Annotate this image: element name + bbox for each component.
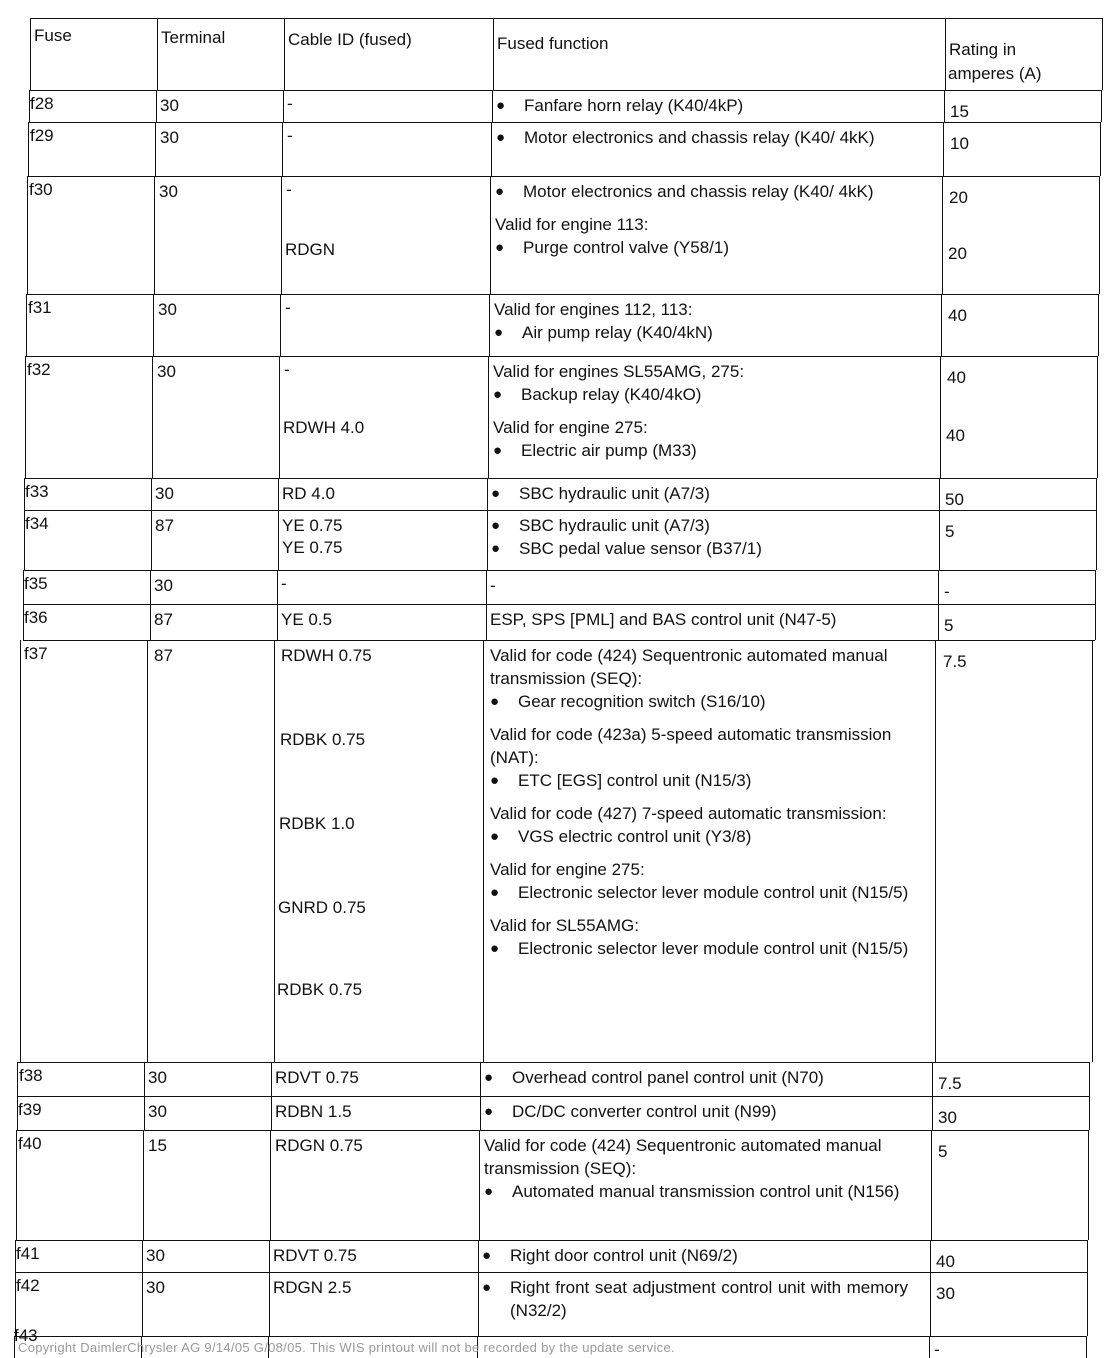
column-divider bbox=[279, 356, 280, 478]
column-divider bbox=[941, 294, 942, 356]
bullet-icon: ● bbox=[490, 769, 518, 792]
function-block: ●Overhead control panel control unit (N7… bbox=[484, 1066, 910, 1089]
function-bullet-item: ●VGS electric control unit (Y3/8) bbox=[490, 825, 916, 848]
column-divider bbox=[940, 356, 941, 478]
function-bullet-item: ●ETC [EGS] control unit (N15/3) bbox=[490, 769, 916, 792]
cable-id-cell: RDBK 1.0 bbox=[279, 812, 355, 835]
rating-cell: 5 bbox=[945, 520, 954, 543]
column-divider bbox=[142, 1272, 143, 1336]
column-divider bbox=[277, 604, 278, 640]
function-block: ●Fanfare horn relay (K40/4kP) bbox=[496, 94, 922, 117]
fused-function-cell: Valid for code (424) Sequentronic automa… bbox=[484, 1134, 910, 1203]
fused-function-cell: Valid for engines 112, 113:●Air pump rel… bbox=[494, 298, 920, 344]
column-divider bbox=[487, 478, 488, 510]
rating-cell: 40 bbox=[948, 304, 967, 327]
function-description: Electronic selector lever module control… bbox=[518, 881, 908, 904]
column-divider bbox=[479, 1130, 480, 1240]
terminal-cell: 30 bbox=[160, 126, 179, 149]
column-divider bbox=[144, 1096, 145, 1130]
column-divider bbox=[1097, 356, 1098, 478]
fuse-cell: f42 bbox=[16, 1274, 40, 1297]
function-block: Valid for engine 275:●Electric air pump … bbox=[493, 416, 919, 462]
function-description: Purge control valve (Y58/1) bbox=[523, 236, 729, 259]
function-block: Valid for code (427) 7-speed automatic t… bbox=[490, 802, 916, 848]
function-bullet-item: ●Electric air pump (M33) bbox=[493, 439, 919, 462]
column-divider bbox=[20, 640, 21, 1062]
column-divider bbox=[488, 356, 489, 478]
terminal-cell: 15 bbox=[148, 1134, 167, 1157]
function-block: Valid for engines SL55AMG, 275:●Backup r… bbox=[493, 360, 919, 406]
bullet-icon: ● bbox=[491, 537, 519, 560]
column-divider bbox=[932, 1096, 933, 1130]
row-divider bbox=[18, 1062, 1090, 1063]
cable-id-cell: RDWH 4.0 bbox=[283, 416, 364, 439]
column-divider bbox=[1096, 510, 1097, 570]
function-block: ●SBC hydraulic unit (A7/3) bbox=[491, 482, 917, 505]
copyright-footer: Copyright DaimlerChrysler AG 9/14/05 G/0… bbox=[18, 1340, 675, 1355]
fused-function-cell: ●Right door control unit (N69/2) bbox=[482, 1244, 908, 1267]
terminal-cell: 30 bbox=[155, 482, 174, 505]
fuse-cell: f38 bbox=[19, 1064, 43, 1087]
terminal-cell: 87 bbox=[154, 608, 173, 631]
column-divider bbox=[152, 356, 153, 478]
function-bullet-item: ●DC/DC converter control unit (N99) bbox=[484, 1100, 910, 1123]
rating-cell: 20 bbox=[949, 186, 968, 209]
column-divider bbox=[1088, 1130, 1089, 1240]
column-divider bbox=[151, 510, 152, 570]
function-description: SBC pedal value sensor (B37/1) bbox=[519, 537, 762, 560]
column-divider bbox=[1098, 294, 1099, 356]
cable-id-cell: RDVT 0.75 bbox=[273, 1244, 357, 1267]
column-divider bbox=[935, 640, 936, 1062]
column-divider bbox=[478, 1240, 479, 1272]
terminal-cell: 87 bbox=[154, 644, 173, 667]
fused-function-cell: ●SBC hydraulic unit (A7/3)●SBC pedal val… bbox=[491, 514, 917, 560]
function-description: Backup relay (K40/4kO) bbox=[521, 383, 701, 406]
column-divider bbox=[487, 510, 488, 570]
function-block: Valid for code (424) Sequentronic automa… bbox=[490, 644, 916, 713]
row-divider bbox=[15, 1272, 1087, 1273]
fuse-cell: f30 bbox=[29, 178, 53, 201]
column-divider bbox=[278, 478, 279, 510]
bullet-icon: ● bbox=[493, 439, 521, 462]
fuse-cell: f37 bbox=[24, 642, 48, 665]
column-divider bbox=[939, 478, 940, 510]
function-text: ESP, SPS [PML] and BAS control unit (N47… bbox=[490, 608, 916, 631]
column-divider bbox=[1095, 604, 1096, 640]
terminal-cell: 87 bbox=[155, 514, 174, 537]
column-divider bbox=[271, 1096, 272, 1130]
column-divider bbox=[932, 1062, 933, 1096]
function-block: ESP, SPS [PML] and BAS control unit (N47… bbox=[490, 608, 916, 631]
function-bullet-item: ●Motor electronics and chassis relay (K4… bbox=[496, 126, 922, 149]
column-divider bbox=[153, 294, 154, 356]
fuse-cell: f36 bbox=[24, 606, 48, 629]
bullet-icon: ● bbox=[482, 1244, 510, 1267]
function-description: SBC hydraulic unit (A7/3) bbox=[519, 482, 710, 505]
function-block: - bbox=[490, 574, 916, 597]
cable-id-cell: GNRD 0.75 bbox=[278, 896, 366, 919]
column-divider bbox=[271, 1062, 272, 1096]
validity-heading: Valid for engine 275: bbox=[493, 416, 919, 439]
function-bullet-item: ●Electronic selector lever module contro… bbox=[490, 937, 916, 960]
bullet-icon: ● bbox=[494, 321, 522, 344]
column-divider bbox=[28, 122, 29, 176]
function-description: Air pump relay (K40/4kN) bbox=[522, 321, 713, 344]
row-divider bbox=[23, 604, 1095, 605]
cable-id-cell: RDGN bbox=[285, 238, 335, 261]
column-divider bbox=[150, 570, 151, 604]
bullet-icon: ● bbox=[484, 1180, 512, 1203]
function-bullet-item: ●SBC hydraulic unit (A7/3) bbox=[491, 482, 917, 505]
fuse-cell: f40 bbox=[18, 1132, 42, 1155]
rating-cell: 30 bbox=[938, 1106, 957, 1129]
column-divider bbox=[17, 1062, 18, 1096]
column-divider bbox=[944, 90, 945, 122]
bullet-icon: ● bbox=[490, 825, 518, 848]
cable-id-cell: RDBN 1.5 bbox=[275, 1100, 352, 1123]
column-divider bbox=[942, 176, 943, 294]
validity-heading: Valid for code (423a) 5-speed automatic … bbox=[490, 723, 916, 769]
fused-function-cell: ●Motor electronics and chassis relay (K4… bbox=[495, 180, 921, 259]
row-divider bbox=[29, 122, 1101, 123]
function-bullet-item: ●Fanfare horn relay (K40/4kP) bbox=[496, 94, 922, 117]
column-divider bbox=[269, 1272, 270, 1336]
column-divider bbox=[943, 122, 944, 176]
bullet-icon: ● bbox=[484, 1100, 512, 1123]
column-divider bbox=[270, 1130, 271, 1240]
column-divider bbox=[269, 1240, 270, 1272]
column-divider bbox=[480, 1096, 481, 1130]
cable-id-cell: - bbox=[284, 358, 290, 381]
column-divider bbox=[274, 640, 275, 1062]
cable-id-cell: RDBK 0.75 bbox=[280, 728, 365, 751]
function-description: Overhead control panel control unit (N70… bbox=[512, 1066, 824, 1089]
row-divider bbox=[30, 18, 1102, 19]
fused-function-cell: - bbox=[490, 574, 916, 597]
rating-cell: 5 bbox=[938, 1140, 947, 1163]
fuse-cell: f35 bbox=[24, 572, 48, 595]
cable-id-cell: RDGN 2.5 bbox=[273, 1276, 351, 1299]
bullet-icon: ● bbox=[490, 881, 518, 904]
fused-function-cell: Valid for engines SL55AMG, 275:●Backup r… bbox=[493, 360, 919, 462]
function-bullet-item: ●Right front seat adjustment control uni… bbox=[482, 1276, 908, 1322]
column-divider bbox=[939, 510, 940, 570]
column-divider bbox=[486, 570, 487, 604]
column-divider bbox=[1095, 570, 1096, 604]
rating-cell: - bbox=[944, 580, 950, 603]
row-divider bbox=[23, 570, 1095, 571]
function-text: - bbox=[490, 574, 916, 597]
function-block: Valid for engines 112, 113:●Air pump rel… bbox=[494, 298, 920, 344]
function-description: Right front seat adjustment control unit… bbox=[510, 1276, 908, 1322]
cable-id-cell: RDGN 0.75 bbox=[275, 1134, 363, 1157]
bullet-icon: ● bbox=[491, 482, 519, 505]
column-divider bbox=[25, 356, 26, 478]
validity-heading: Valid for code (424) Sequentronic automa… bbox=[484, 1134, 910, 1180]
bullet-icon: ● bbox=[495, 180, 523, 203]
terminal-cell: 30 bbox=[158, 298, 177, 321]
rating-cell: 7.5 bbox=[943, 650, 967, 673]
column-divider bbox=[284, 18, 285, 90]
header-rating-line1: Rating in bbox=[949, 38, 1016, 62]
function-bullet-item: ●Right door control unit (N69/2) bbox=[482, 1244, 908, 1267]
cable-id-cell: - bbox=[285, 296, 291, 319]
validity-heading: Valid for code (427) 7-speed automatic t… bbox=[490, 802, 916, 825]
terminal-cell: 30 bbox=[146, 1244, 165, 1267]
cable-id-cell: - bbox=[287, 92, 293, 115]
column-divider bbox=[1089, 1062, 1090, 1096]
function-bullet-item: ●Automated manual transmission control u… bbox=[484, 1180, 910, 1203]
column-divider bbox=[492, 90, 493, 122]
bullet-icon: ● bbox=[496, 126, 524, 149]
validity-heading: Valid for engines 112, 113: bbox=[494, 298, 920, 321]
cable-id-cell: - bbox=[287, 124, 293, 147]
function-block: ●SBC hydraulic unit (A7/3)●SBC pedal val… bbox=[491, 514, 917, 560]
cable-id-cell: - bbox=[286, 178, 292, 201]
terminal-cell: 30 bbox=[159, 180, 178, 203]
column-divider bbox=[493, 18, 494, 90]
column-divider bbox=[143, 1130, 144, 1240]
rating-cell-f43: - bbox=[934, 1340, 940, 1358]
function-bullet-item: ●Overhead control panel control unit (N7… bbox=[484, 1066, 910, 1089]
row-divider bbox=[25, 478, 1097, 479]
column-divider bbox=[1089, 1096, 1090, 1130]
header-rating-line2: amperes (A) bbox=[948, 62, 1042, 86]
column-divider bbox=[150, 604, 151, 640]
row-divider bbox=[14, 1336, 1086, 1337]
column-divider bbox=[945, 18, 946, 90]
function-block: Valid for code (424) Sequentronic automa… bbox=[484, 1134, 910, 1203]
cable-id-cell: RDBK 0.75 bbox=[277, 978, 362, 1001]
validity-heading: Valid for engine 275: bbox=[490, 858, 916, 881]
fused-function-cell: ●Right front seat adjustment control uni… bbox=[482, 1276, 908, 1322]
column-divider bbox=[930, 1272, 931, 1336]
bullet-icon: ● bbox=[491, 514, 519, 537]
column-divider bbox=[281, 176, 282, 294]
column-divider bbox=[16, 1130, 17, 1240]
column-divider bbox=[151, 478, 152, 510]
column-divider bbox=[489, 294, 490, 356]
row-divider bbox=[24, 510, 1096, 511]
row-divider bbox=[15, 1240, 1087, 1241]
cable-id-cell: YE 0.75 bbox=[282, 514, 343, 537]
function-bullet-item: ●Motor electronics and chassis relay (K4… bbox=[495, 180, 921, 203]
column-divider bbox=[1096, 478, 1097, 510]
function-bullet-item: ●Electronic selector lever module contro… bbox=[490, 881, 916, 904]
block-gap bbox=[490, 848, 916, 858]
column-divider bbox=[27, 176, 28, 294]
fused-function-cell: Valid for code (424) Sequentronic automa… bbox=[490, 644, 916, 960]
function-description: Automated manual transmission control un… bbox=[512, 1180, 899, 1203]
rating-cell: 40 bbox=[947, 366, 966, 389]
function-description: SBC hydraulic unit (A7/3) bbox=[519, 514, 710, 537]
bullet-icon: ● bbox=[495, 236, 523, 259]
fused-function-cell: ●SBC hydraulic unit (A7/3) bbox=[491, 482, 917, 505]
function-bullet-item: ●SBC pedal value sensor (B37/1) bbox=[491, 537, 917, 560]
column-divider bbox=[144, 1062, 145, 1096]
header-cable-id: Cable ID (fused) bbox=[288, 28, 412, 52]
validity-heading: Valid for code (424) Sequentronic automa… bbox=[490, 644, 916, 690]
cable-id-cell: RDWH 0.75 bbox=[281, 644, 372, 667]
column-divider bbox=[491, 122, 492, 176]
function-bullet-item: ●Purge control valve (Y58/1) bbox=[495, 236, 921, 259]
column-divider bbox=[1087, 1272, 1088, 1336]
cable-id-cell: YE 0.75 bbox=[282, 536, 343, 559]
fuse-cell: f39 bbox=[18, 1098, 42, 1121]
column-divider bbox=[156, 90, 157, 122]
column-divider bbox=[930, 1240, 931, 1272]
rating-cell: 5 bbox=[944, 614, 953, 637]
row-divider bbox=[28, 176, 1100, 177]
function-description: ETC [EGS] control unit (N15/3) bbox=[518, 769, 751, 792]
column-divider bbox=[147, 640, 148, 1062]
column-divider bbox=[283, 90, 284, 122]
column-divider bbox=[478, 1272, 479, 1336]
fused-function-cell: ESP, SPS [PML] and BAS control unit (N47… bbox=[490, 608, 916, 631]
fused-function-cell: ●DC/DC converter control unit (N99) bbox=[484, 1100, 910, 1123]
bullet-icon: ● bbox=[484, 1066, 512, 1089]
function-block: Valid for code (423a) 5-speed automatic … bbox=[490, 723, 916, 792]
block-gap bbox=[493, 406, 919, 416]
function-bullet-item: ●SBC hydraulic unit (A7/3) bbox=[491, 514, 917, 537]
fuse-cell: f31 bbox=[28, 296, 52, 319]
terminal-cell: 30 bbox=[160, 94, 179, 117]
column-divider bbox=[282, 122, 283, 176]
rating-cell: 20 bbox=[948, 242, 967, 265]
terminal-cell: 30 bbox=[148, 1066, 167, 1089]
validity-heading: Valid for engines SL55AMG, 275: bbox=[493, 360, 919, 383]
rating-cell: 7.5 bbox=[938, 1072, 962, 1095]
function-block: Valid for SL55AMG:●Electronic selector l… bbox=[490, 914, 916, 960]
function-description: VGS electric control unit (Y3/8) bbox=[518, 825, 751, 848]
bullet-icon: ● bbox=[496, 94, 524, 117]
cable-id-cell: - bbox=[281, 572, 287, 595]
row-divider bbox=[29, 90, 1101, 91]
rating-cell: 15 bbox=[950, 100, 969, 123]
column-divider bbox=[1086, 1336, 1087, 1358]
block-gap bbox=[490, 713, 916, 723]
function-description: Fanfare horn relay (K40/4kP) bbox=[524, 94, 743, 117]
column-divider bbox=[157, 18, 158, 90]
fuse-cell: f34 bbox=[25, 512, 49, 535]
function-description: Right door control unit (N69/2) bbox=[510, 1244, 738, 1267]
function-block: ●Right front seat adjustment control uni… bbox=[482, 1276, 908, 1322]
terminal-cell: 30 bbox=[157, 360, 176, 383]
cable-id-cell: RD 4.0 bbox=[282, 482, 335, 505]
row-divider bbox=[26, 356, 1098, 357]
rating-cell: 30 bbox=[936, 1282, 955, 1305]
column-divider bbox=[154, 176, 155, 294]
function-bullet-item: ●Backup relay (K40/4kO) bbox=[493, 383, 919, 406]
header-fuse: Fuse bbox=[34, 24, 72, 48]
bullet-icon: ● bbox=[490, 690, 518, 713]
column-divider bbox=[929, 1336, 930, 1358]
column-divider bbox=[142, 1240, 143, 1272]
fused-function-cell: ●Motor electronics and chassis relay (K4… bbox=[496, 126, 922, 149]
function-description: Motor electronics and chassis relay (K40… bbox=[523, 180, 874, 203]
fuse-cell: f33 bbox=[25, 480, 49, 503]
column-divider bbox=[931, 1130, 932, 1240]
function-bullet-item: ●Gear recognition switch (S16/10) bbox=[490, 690, 916, 713]
function-description: Electronic selector lever module control… bbox=[518, 937, 908, 960]
terminal-cell: 30 bbox=[146, 1276, 165, 1299]
column-divider bbox=[280, 294, 281, 356]
terminal-cell: 30 bbox=[148, 1100, 167, 1123]
function-bullet-item: ●Air pump relay (K40/4kN) bbox=[494, 321, 920, 344]
column-divider bbox=[278, 510, 279, 570]
block-gap bbox=[490, 792, 916, 802]
column-divider bbox=[483, 640, 484, 1062]
rating-cell: 40 bbox=[946, 424, 965, 447]
column-divider bbox=[480, 1062, 481, 1096]
function-description: DC/DC converter control unit (N99) bbox=[512, 1100, 777, 1123]
function-block: ●DC/DC converter control unit (N99) bbox=[484, 1100, 910, 1123]
fused-function-cell: ●Overhead control panel control unit (N7… bbox=[484, 1066, 910, 1089]
column-divider bbox=[486, 604, 487, 640]
column-divider bbox=[1100, 122, 1101, 176]
rating-cell: 50 bbox=[945, 488, 964, 511]
column-divider bbox=[155, 122, 156, 176]
column-divider bbox=[490, 176, 491, 294]
rating-cell: 40 bbox=[936, 1250, 955, 1273]
column-divider bbox=[26, 294, 27, 356]
column-divider bbox=[1087, 1240, 1088, 1272]
function-description: Gear recognition switch (S16/10) bbox=[518, 690, 766, 713]
header-fused-function: Fused function bbox=[497, 32, 609, 56]
function-block: ●Motor electronics and chassis relay (K4… bbox=[495, 180, 921, 203]
column-divider bbox=[1099, 176, 1100, 294]
cable-id-cell: RDVT 0.75 bbox=[275, 1066, 359, 1089]
function-description: Motor electronics and chassis relay (K40… bbox=[524, 126, 875, 149]
fuse-cell: f29 bbox=[30, 124, 54, 147]
column-divider bbox=[1092, 640, 1093, 1062]
bullet-icon: ● bbox=[493, 383, 521, 406]
block-gap bbox=[490, 904, 916, 914]
row-divider bbox=[27, 294, 1099, 295]
function-description: Electric air pump (M33) bbox=[521, 439, 697, 462]
function-block: ●Right door control unit (N69/2) bbox=[482, 1244, 908, 1267]
fuse-cell: f32 bbox=[27, 358, 51, 381]
row-divider bbox=[17, 1130, 1089, 1131]
fuse-table-page: FuseTerminalCable ID (fused)Fused functi… bbox=[0, 0, 1120, 1358]
column-divider bbox=[277, 570, 278, 604]
terminal-cell: 30 bbox=[154, 574, 173, 597]
column-divider bbox=[30, 18, 31, 90]
fuse-cell: f28 bbox=[30, 92, 54, 115]
rating-cell: 10 bbox=[950, 132, 969, 155]
block-gap bbox=[495, 203, 921, 213]
validity-heading: Valid for SL55AMG: bbox=[490, 914, 916, 937]
function-block: ●Motor electronics and chassis relay (K4… bbox=[496, 126, 922, 149]
column-divider bbox=[1102, 18, 1103, 90]
validity-heading: Valid for engine 113: bbox=[495, 213, 921, 236]
fused-function-cell: ●Fanfare horn relay (K40/4kP) bbox=[496, 94, 922, 117]
column-divider bbox=[1101, 90, 1102, 122]
function-block: Valid for engine 113:●Purge control valv… bbox=[495, 213, 921, 259]
fuse-cell: f41 bbox=[16, 1242, 40, 1265]
column-divider bbox=[938, 604, 939, 640]
bullet-icon: ● bbox=[482, 1276, 510, 1299]
header-terminal: Terminal bbox=[161, 26, 225, 50]
cable-id-cell: YE 0.5 bbox=[281, 608, 332, 631]
function-block: Valid for engine 275:●Electronic selecto… bbox=[490, 858, 916, 904]
bullet-icon: ● bbox=[490, 937, 518, 960]
column-divider bbox=[938, 570, 939, 604]
row-divider bbox=[17, 1096, 1089, 1097]
